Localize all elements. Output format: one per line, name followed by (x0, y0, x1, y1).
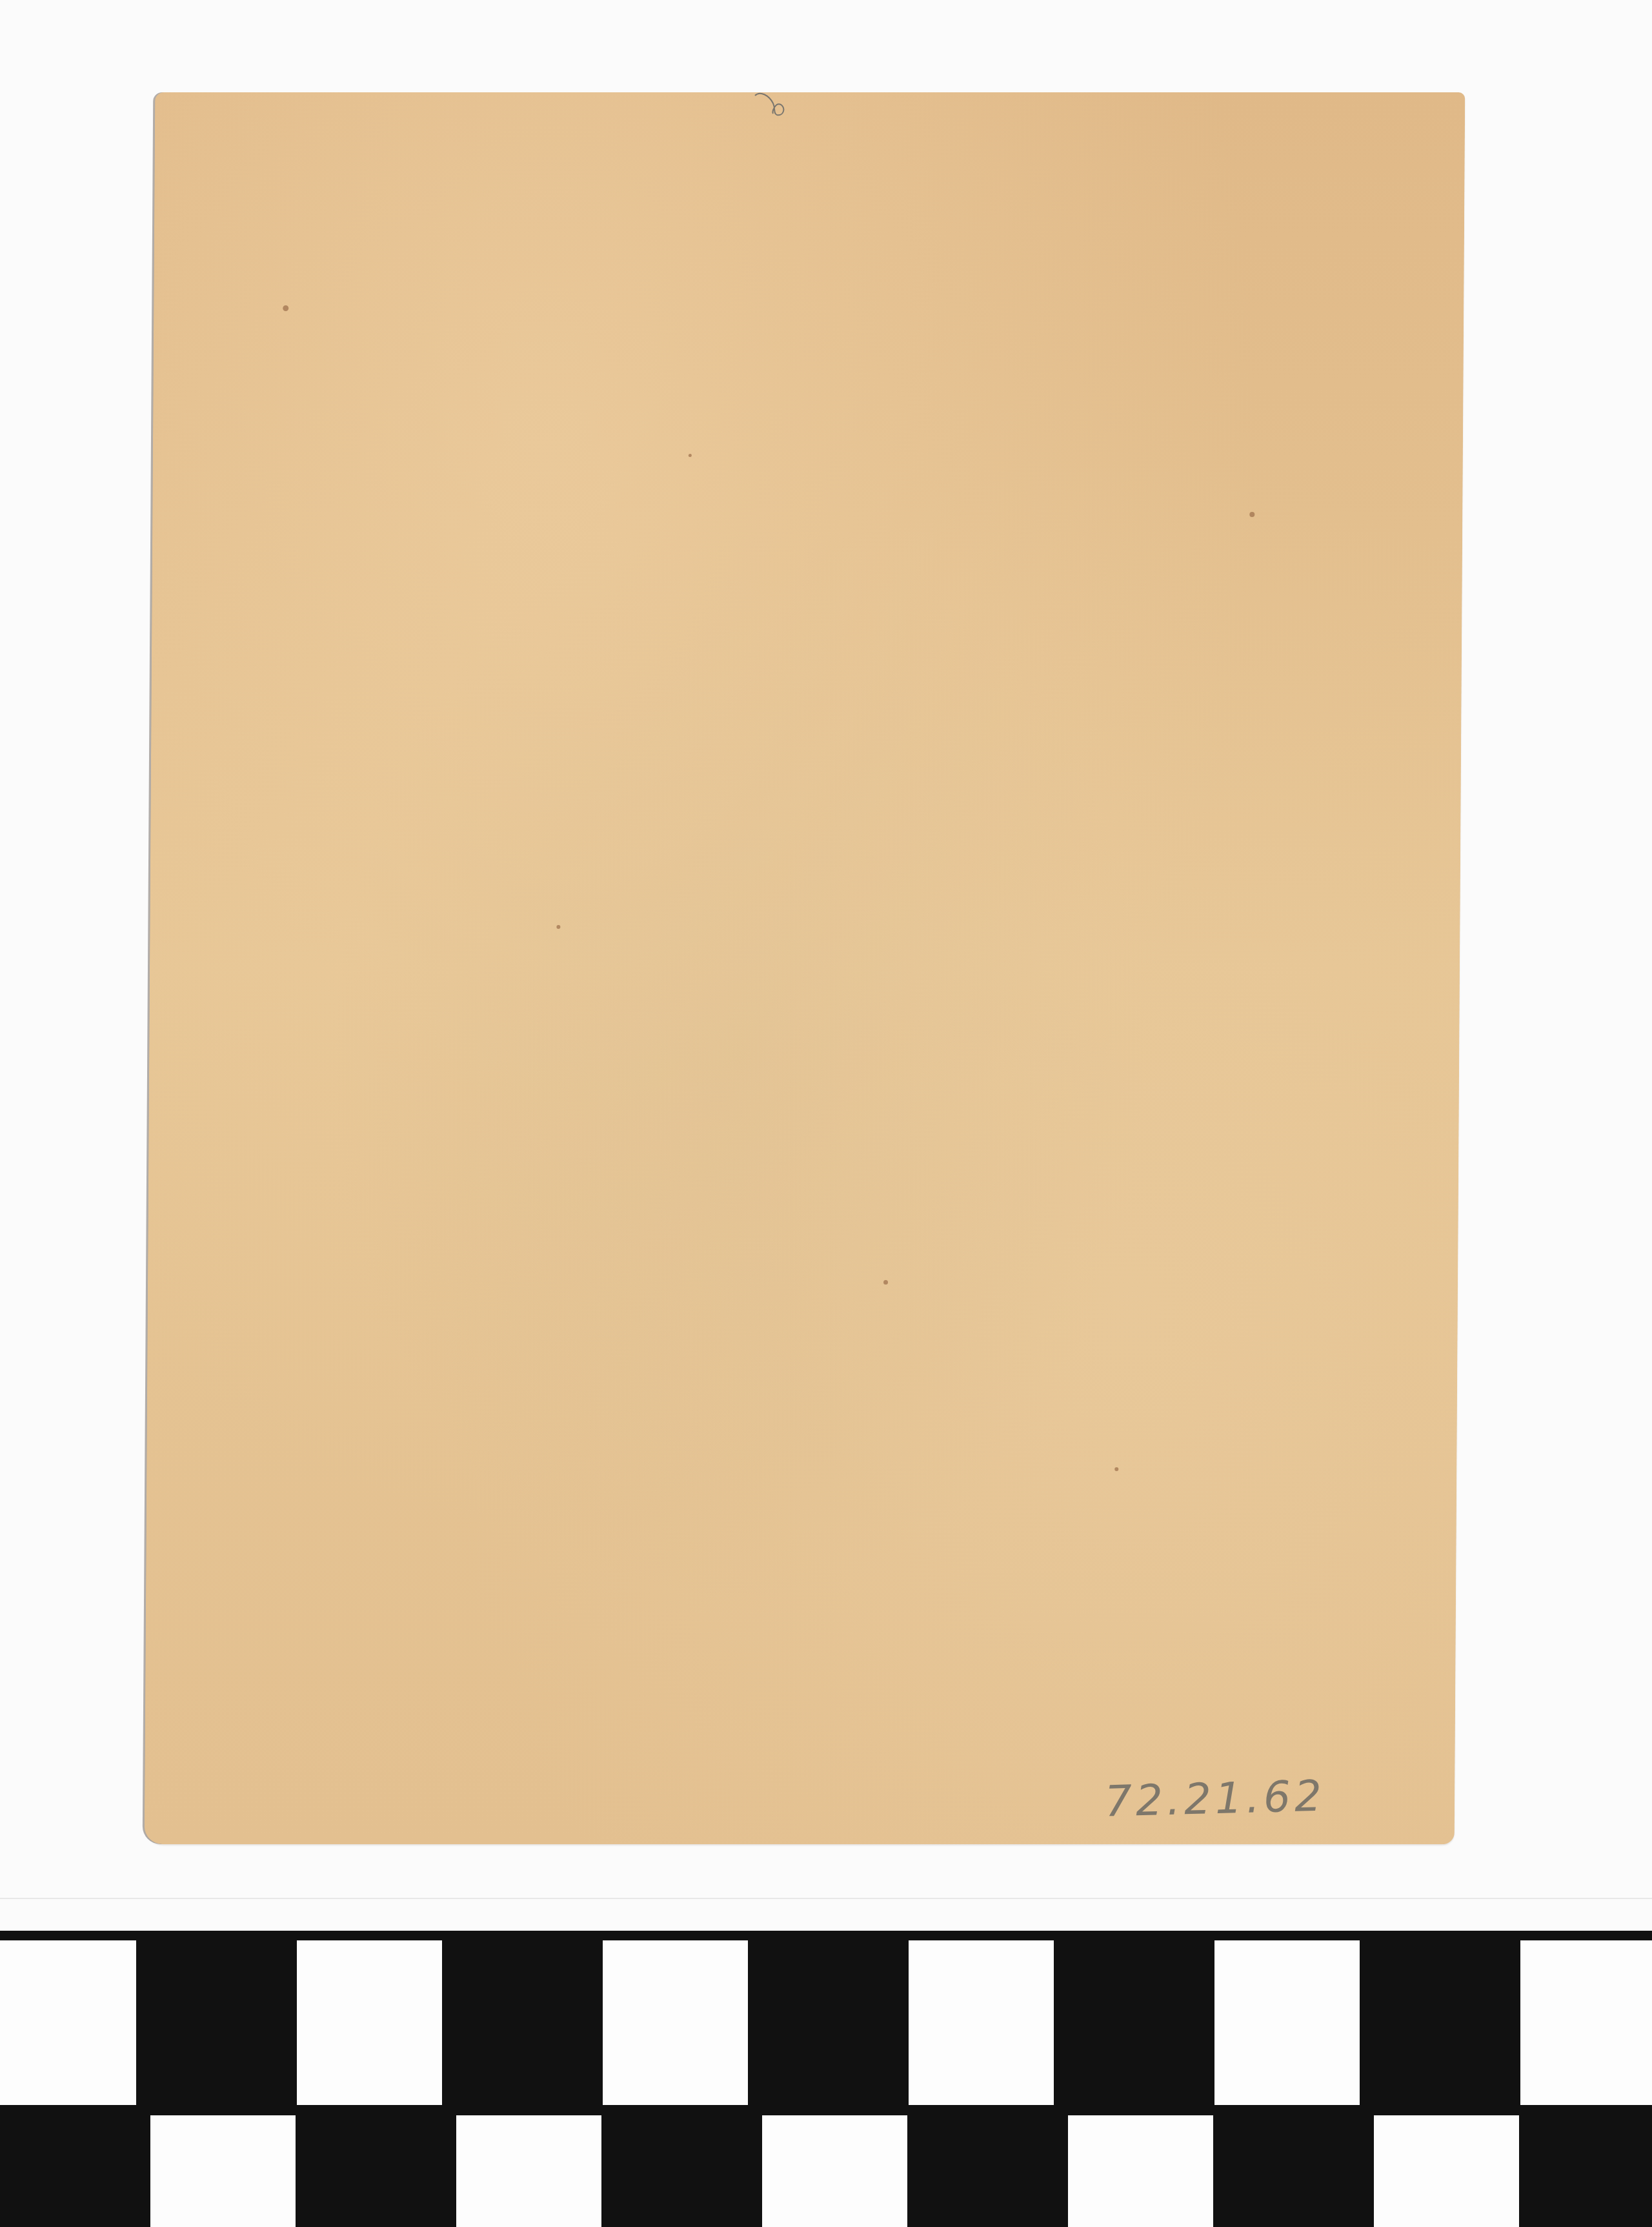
fiber-speck (883, 1280, 888, 1285)
fiber-speck (689, 454, 692, 457)
scale-cell-white (150, 2115, 296, 2227)
accession-number: 72.21.62 (1104, 1771, 1326, 1827)
scale-cell-white (297, 1940, 442, 2105)
scale-cell-white (603, 1940, 748, 2105)
scale-cell-white (1374, 2115, 1519, 2227)
scale-cell-white (762, 2115, 907, 2227)
fiber-speck (556, 925, 560, 929)
scale-row-bottom (0, 2115, 1652, 2227)
fiber-speck (1249, 512, 1254, 517)
scale-edge (0, 1898, 1652, 1899)
scale-cell-white (1214, 1940, 1360, 2105)
fiber-speck (283, 305, 288, 311)
scale-cell-white (0, 1940, 136, 2105)
fiber-speck (1114, 1467, 1118, 1471)
scale-bar (0, 1931, 1652, 2227)
card-back (145, 92, 1466, 1844)
scale-cell-white (1068, 2115, 1213, 2227)
pencil-mark (754, 92, 792, 130)
scale-cell-white (456, 2115, 601, 2227)
scale-row-top (0, 1940, 1652, 2105)
scale-cell-white (909, 1940, 1054, 2105)
scale-cell-white (1520, 1940, 1652, 2105)
